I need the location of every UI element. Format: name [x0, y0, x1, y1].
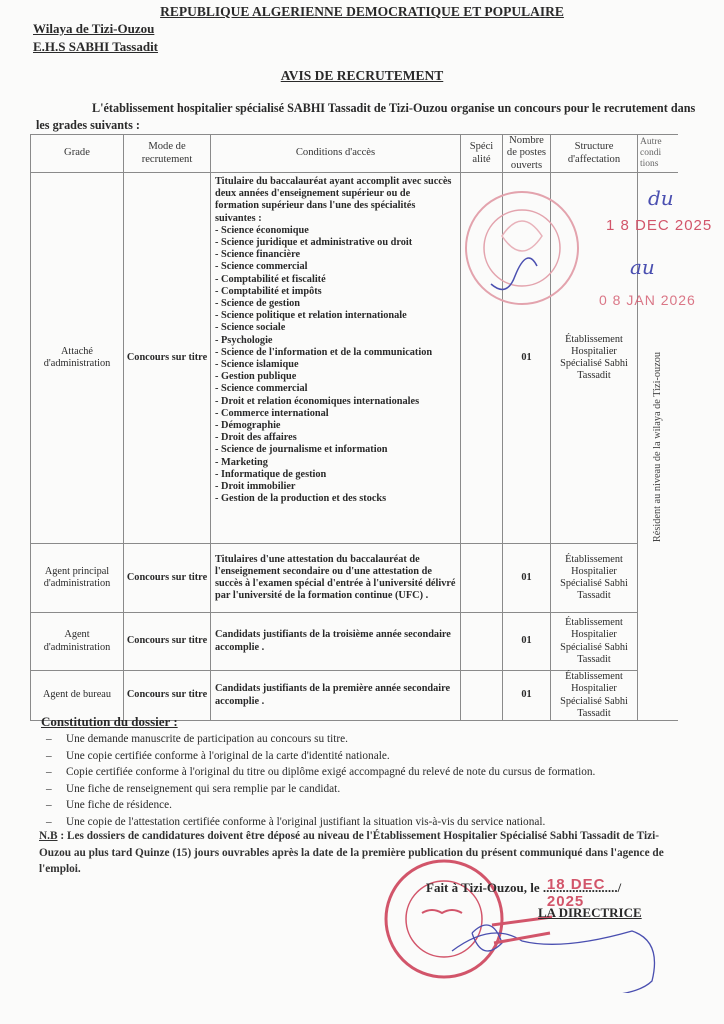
conditions-cell: Candidats justifiants de la troisième an…	[211, 613, 461, 671]
specialties-list: Science économiqueScience juridique et a…	[215, 225, 456, 506]
specialite-cell	[461, 544, 503, 613]
au-handwritten: au	[630, 255, 655, 279]
specialty-item: Science de journalisme et information	[215, 444, 456, 456]
table-row: Agent de bureau Concours sur titre Candi…	[31, 671, 678, 721]
header-specialite: Spéci alité	[461, 135, 503, 173]
header-autres: Autre condi tions	[638, 135, 678, 173]
dossier-item-text: Une demande manuscrite de participation …	[66, 733, 348, 745]
end-date-stamp: 0 8 JAN 2026	[599, 292, 696, 308]
postes-cell: 01	[503, 671, 551, 721]
specialty-item: Psychologie	[215, 335, 456, 347]
dossier-item-text: Une copie certifiée conforme à l'origina…	[66, 750, 390, 762]
postes-cell: 01	[503, 173, 551, 544]
specialty-item: Gestion de la production et des stocks	[215, 493, 456, 505]
dossier-item-text: Copie certifiée conforme à l'original du…	[66, 766, 595, 778]
grades-table: Grade Mode de recrutement Conditions d'a…	[30, 134, 678, 721]
header-postes: Nombre de postes ouverts	[503, 135, 551, 173]
specialty-item: Science sociale	[215, 322, 456, 334]
dossier-item-text: Une fiche de résidence.	[66, 799, 172, 811]
structure-cell: Établissement Hospitalier Spécialisé Sab…	[551, 544, 638, 613]
dossier-item: –Une fiche de renseignement qui sera rem…	[46, 781, 724, 798]
specialite-cell	[461, 613, 503, 671]
specialty-item: Science commercial	[215, 383, 456, 395]
specialty-item: Science politique et relation internatio…	[215, 310, 456, 322]
grade-cell: Attaché d'administration	[31, 173, 124, 544]
grade-cell: Agent de bureau	[31, 671, 124, 721]
dossier-item: –Une demande manuscrite de participation…	[46, 731, 724, 748]
date-dots: ......................./18 DEC 2025	[543, 880, 621, 895]
postes-cell: 01	[503, 613, 551, 671]
place-date-line: Fait à Tizi-Ouzou, le ..................…	[426, 880, 621, 896]
specialty-item: Commerce international	[215, 408, 456, 420]
du-handwritten: du	[648, 186, 674, 210]
conditions-cell: Candidats justifiants de la première ann…	[211, 671, 461, 721]
mode-cell: Concours sur titre	[124, 544, 211, 613]
specialty-item: Comptabilité et fiscalité	[215, 274, 456, 286]
table-row: Agent principal d'administration Concour…	[31, 544, 678, 613]
specialty-item: Science économique	[215, 225, 456, 237]
specialty-item: Gestion publique	[215, 371, 456, 383]
intro-paragraph: L'établissement hospitalier spécialisé S…	[36, 100, 696, 134]
structure-cell: Établissement Hospitalier Spécialisé Sab…	[551, 671, 638, 721]
wilaya-heading: Wilaya de Tizi-Ouzou	[33, 21, 154, 37]
table-row: Attaché d'administration Concours sur ti…	[31, 173, 678, 544]
dossier-item: –Copie certifiée conforme à l'original d…	[46, 764, 724, 781]
table-row: Agent d'administration Concours sur titr…	[31, 613, 678, 671]
bullet-dash: –	[46, 781, 66, 798]
conditions-cell: Titulaires d'une attestation du baccalau…	[211, 544, 461, 613]
grade-cell: Agent principal d'administration	[31, 544, 124, 613]
bullet-dash: –	[46, 731, 66, 748]
specialty-item: Droit immobilier	[215, 481, 456, 493]
other-conditions-text: Résident au niveau de la wilaya de Tizi-…	[652, 351, 664, 541]
header-grade: Grade	[31, 135, 124, 173]
dossier-item: –Une fiche de résidence.	[46, 797, 724, 814]
specialty-item: Droit des affaires	[215, 432, 456, 444]
specialty-item: Science commercial	[215, 261, 456, 273]
structure-cell: Établissement Hospitalier Spécialisé Sab…	[551, 613, 638, 671]
conditions-cell: Titulaire du baccalauréat ayant accompli…	[211, 173, 461, 544]
specialty-item: Informatique de gestion	[215, 469, 456, 481]
specialty-item: Science islamique	[215, 359, 456, 371]
bullet-dash: –	[46, 797, 66, 814]
dossier-heading: Constitution du dossier :	[41, 714, 178, 730]
postes-cell: 01	[503, 544, 551, 613]
mode-cell: Concours sur titre	[124, 671, 211, 721]
header-conditions: Conditions d'accès	[211, 135, 461, 173]
grade-cell: Agent d'administration	[31, 613, 124, 671]
nb-paragraph: N.B : Les dossiers de candidatures doive…	[39, 828, 689, 878]
page-title: AVIS DE RECRUTEMENT	[0, 68, 724, 84]
nb-text: : Les dossiers de candidatures doivent ê…	[39, 830, 664, 875]
place-text: Fait à Tizi-Ouzou, le	[426, 880, 543, 895]
dossier-list: –Une demande manuscrite de participation…	[46, 731, 724, 830]
specialty-item: Démographie	[215, 420, 456, 432]
dossier-item: –Une copie certifiée conforme à l'origin…	[46, 748, 724, 765]
specialty-item: Droit et relation économiques internatio…	[215, 396, 456, 408]
signatory-title: LA DIRECTRICE	[538, 905, 642, 921]
specialite-cell	[461, 173, 503, 544]
specialty-item: Science de gestion	[215, 298, 456, 310]
bullet-dash: –	[46, 748, 66, 765]
specialty-item: Comptabilité et impôts	[215, 286, 456, 298]
table-header-row: Grade Mode de recrutement Conditions d'a…	[31, 135, 678, 173]
specialty-item: Science de l'information et de la commun…	[215, 347, 456, 359]
mode-cell: Concours sur titre	[124, 613, 211, 671]
nb-label: N.B	[39, 830, 58, 842]
specialty-item: Marketing	[215, 457, 456, 469]
specialty-item: Science juridique et administrative ou d…	[215, 237, 456, 249]
dossier-item-text: Une fiche de renseignement qui sera remp…	[66, 783, 340, 795]
conditions-intro: Titulaire du baccalauréat ayant accompli…	[215, 176, 456, 225]
establishment-heading: E.H.S SABHI Tassadit	[33, 39, 158, 55]
header-structure: Structure d'affectation	[551, 135, 638, 173]
specialite-cell	[461, 671, 503, 721]
specialty-item: Science financière	[215, 249, 456, 261]
dossier-item-text: Une copie de l'attestation certifiée con…	[66, 816, 545, 828]
bullet-dash: –	[46, 764, 66, 781]
republic-heading: REPUBLIQUE ALGERIENNE DEMOCRATIQUE ET PO…	[0, 4, 724, 20]
mode-cell: Concours sur titre	[124, 173, 211, 544]
header-mode: Mode de recrutement	[124, 135, 211, 173]
start-date-stamp: 1 8 DEC 2025	[606, 217, 712, 234]
